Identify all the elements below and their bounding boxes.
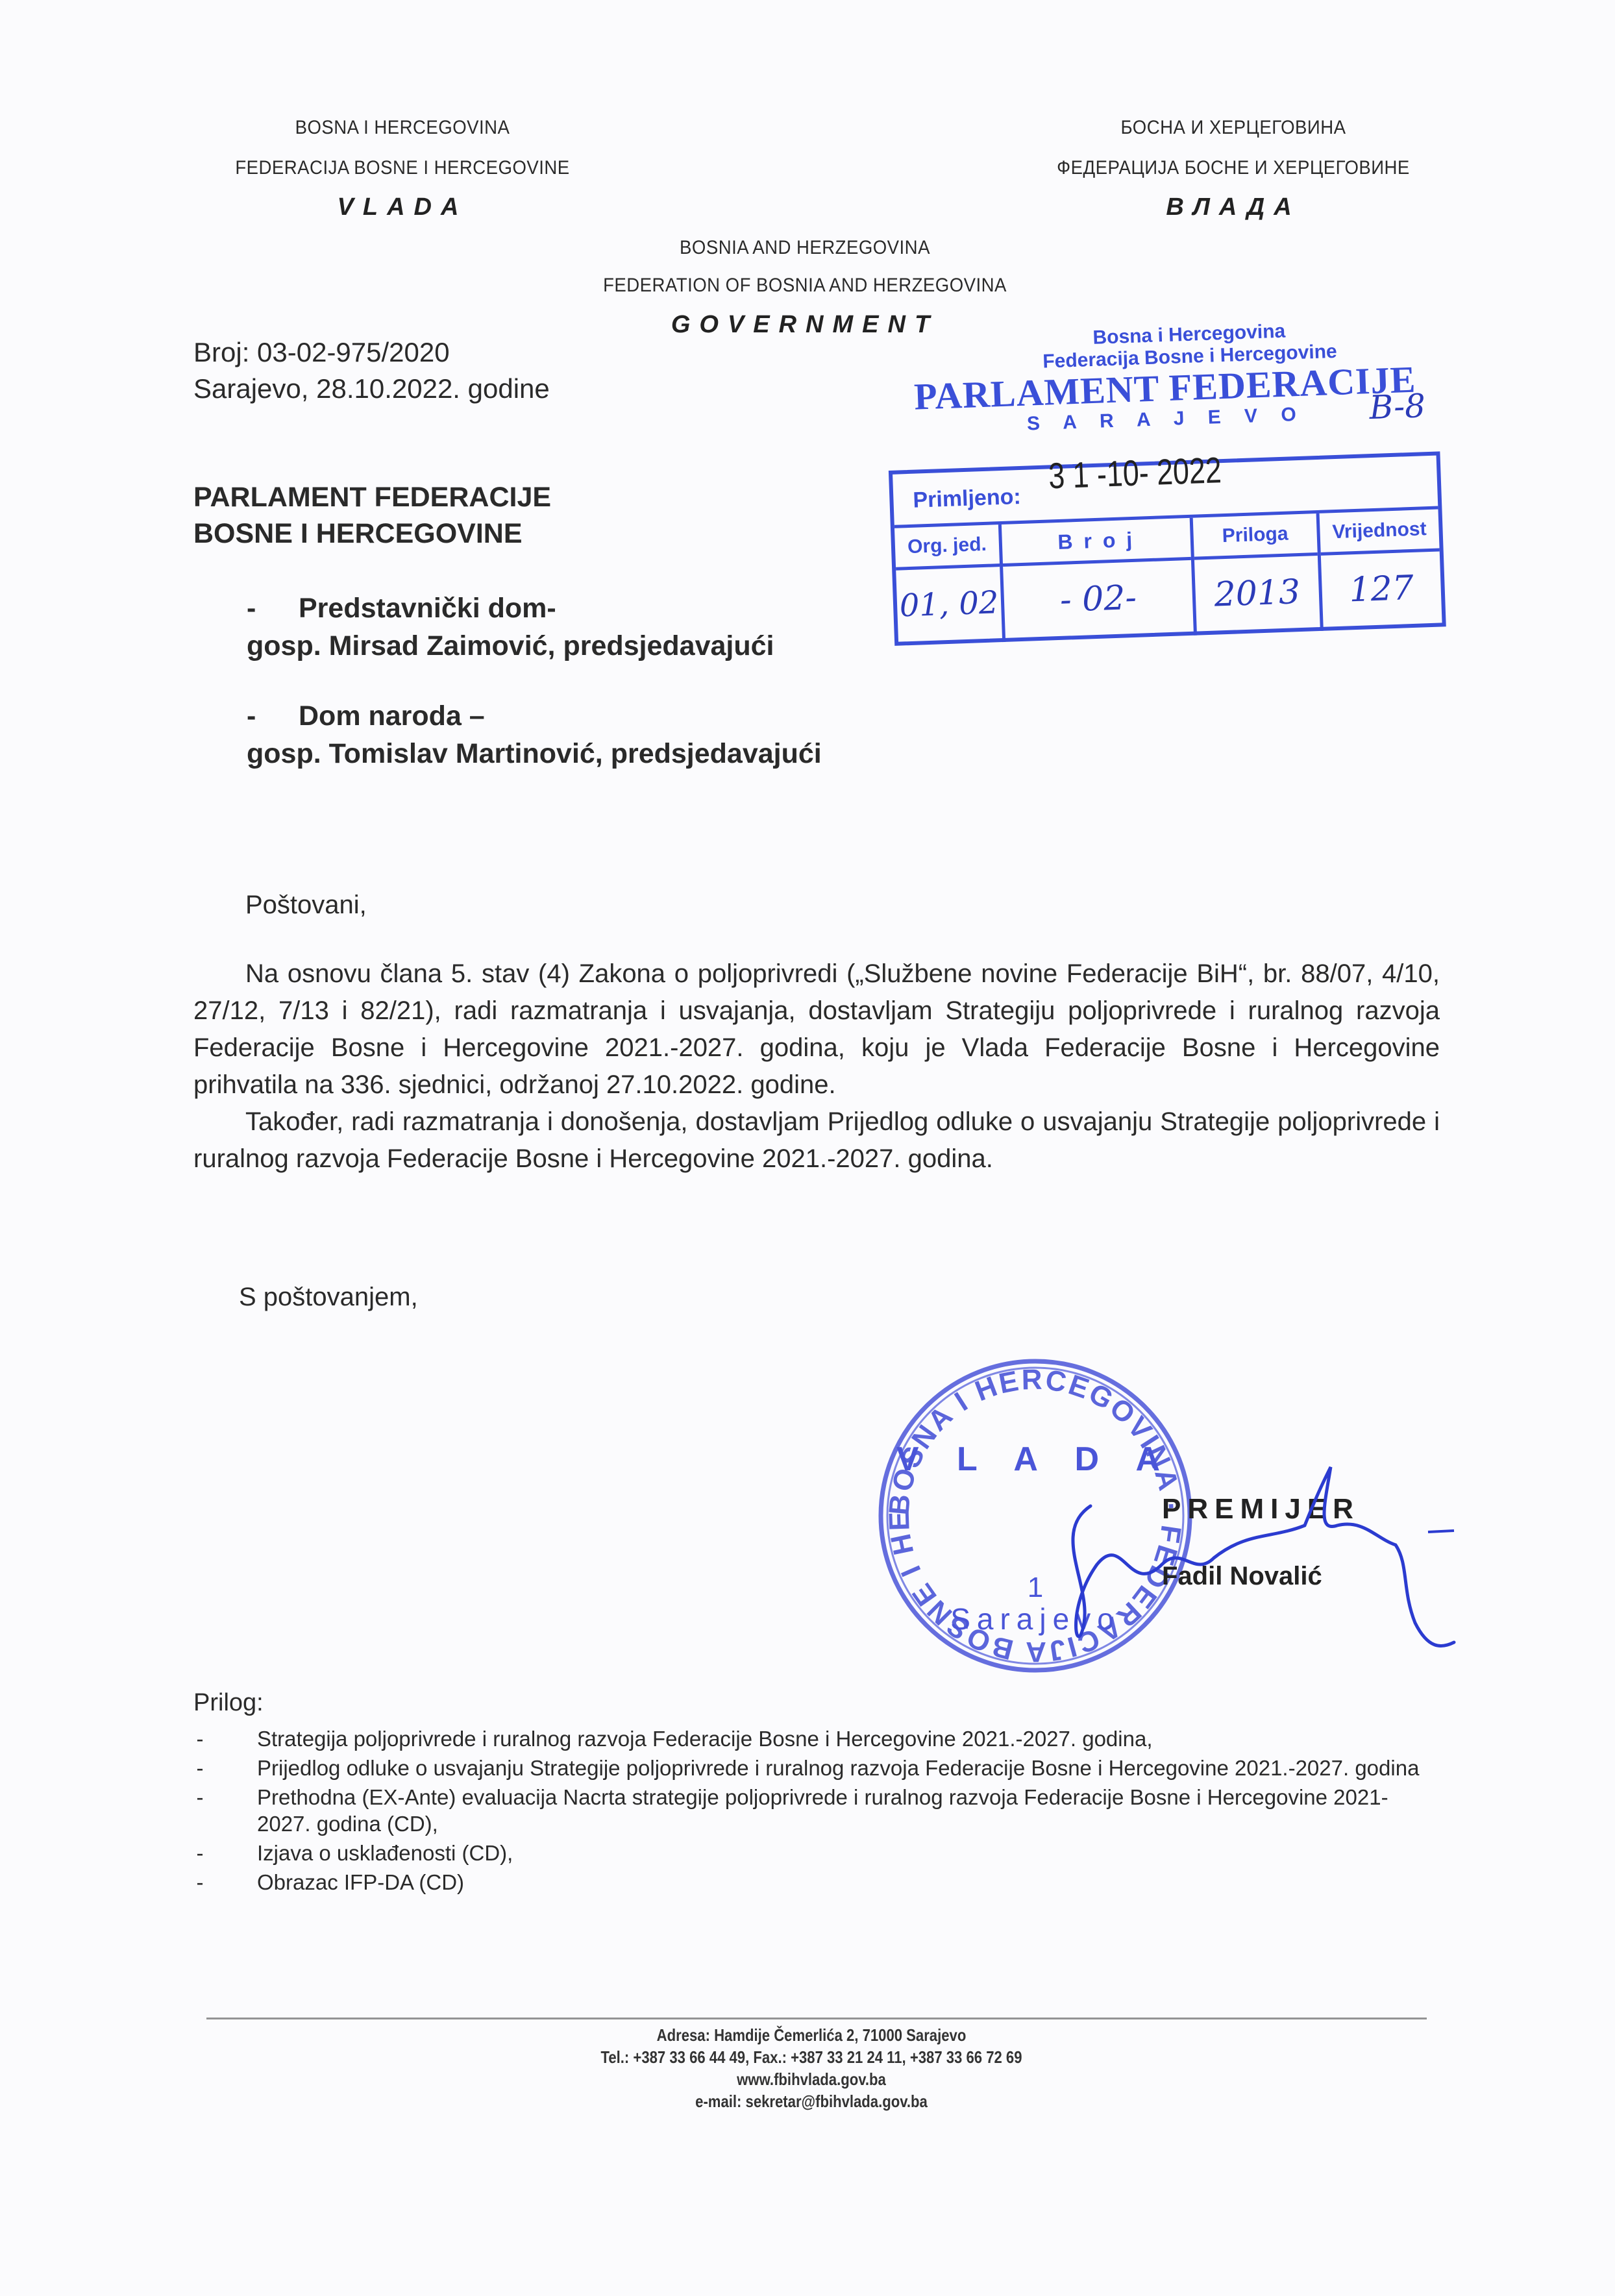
letterhead-center: BOSNIA AND HERZEGOVINA FEDERATION OF BOS… [571, 237, 1039, 339]
letterhead-center-federation: FEDERATION OF BOSNIA AND HERZEGOVINA [590, 275, 1020, 311]
bullet-dash: - [193, 1725, 206, 1752]
addressee-line1: PARLAMENT FEDERACIJE [193, 479, 551, 515]
footer-website[interactable]: www.fbihvlada.gov.ba [508, 2068, 1115, 2090]
attachment-text: Prethodna (EX-Ante) evaluacija Nacrta st… [257, 1785, 1388, 1836]
addressee: PARLAMENT FEDERACIJE BOSNE I HERCEGOVINE [193, 479, 551, 552]
footer-phones: Tel.: +387 33 66 44 49, Fax.: +387 33 21… [508, 2046, 1115, 2068]
stamp-handwritten-mark: B-8 [1369, 387, 1426, 426]
body-paragraph-2: Također, radi razmatranja i donošenja, d… [193, 1104, 1440, 1178]
recipient-1-house: Predstavnički dom- [299, 593, 556, 624]
attachment-text: Izjava o usklađenosti (CD), [257, 1841, 513, 1865]
attachments-label: Prilog: [193, 1686, 1427, 1719]
letterhead-left-country: BOSNA I HERCEGOVINA [212, 117, 594, 157]
stamp-table: Primljeno: 3 1 -10- 2022 Org. jed. 01, 0… [889, 451, 1446, 646]
handwritten-signature-icon [1013, 1454, 1467, 1675]
reference-place-date: Sarajevo, 28.10.2022. godine [193, 371, 550, 407]
footer-address: Adresa: Hamdije Čemerlića 2, 71000 Saraj… [508, 2024, 1115, 2046]
recipient-1: -Predstavnički dom- gosp. Mirsad Zaimovi… [247, 589, 774, 665]
closing: S poštovanjem, [239, 1279, 418, 1316]
salutation: Poštovani, [245, 887, 367, 924]
letterhead-left-government: VLADA [195, 193, 610, 221]
letterhead-right: БОСНА И ХЕРЦЕГОВИНА ФЕДЕРАЦИЈА БОСНЕ И Х… [1013, 117, 1454, 221]
attachments: Prilog: -Strategija poljoprivrede i rura… [193, 1686, 1427, 1898]
stamp-col-number: B r o j - 02- [1002, 518, 1197, 642]
letterhead-center-country: BOSNIA AND HERZEGOVINA [590, 237, 1020, 275]
stamp-received-date: 3 1 -10- 2022 [1048, 449, 1222, 497]
attachment-item: -Strategija poljoprivrede i ruralnog raz… [193, 1725, 1427, 1752]
attachments-list: -Strategija poljoprivrede i ruralnog raz… [193, 1725, 1427, 1895]
recipient-2-house: Dom naroda – [299, 700, 485, 732]
reference-block: Broj: 03-02-975/2020 Sarajevo, 28.10.202… [193, 334, 550, 407]
footer-divider [206, 2018, 1427, 2019]
letterhead-left: BOSNA I HERCEGOVINA FEDERACIJA BOSNE I H… [195, 117, 610, 221]
attachment-item: -Prijedlog odluke o usvajanju Strategije… [193, 1755, 1427, 1781]
attachment-text: Prijedlog odluke o usvajanju Strategije … [257, 1756, 1419, 1780]
recipient-1-person: gosp. Mirsad Zaimović, predsjedavajući [247, 627, 774, 665]
stamp-col-attachments: Priloga 2013 [1193, 513, 1324, 636]
recipient-2-person: gosp. Tomislav Martinović, predsjedavaju… [247, 735, 822, 772]
body-paragraph-1: Na osnovu člana 5. stav (4) Zakona o pol… [193, 956, 1440, 1104]
attachment-item: -Obrazac IFP-DA (CD) [193, 1869, 1427, 1895]
footer-email[interactable]: e-mail: sekretar@fbihvlada.gov.ba [508, 2090, 1115, 2112]
attachment-text: Obrazac IFP-DA (CD) [257, 1870, 464, 1894]
bullet-dash: - [193, 1869, 206, 1895]
letterhead-right-country: БОСНА И ХЕРЦЕГОВИНА [1030, 117, 1436, 157]
letterhead-left-federation: FEDERACIJA BOSNE I HERCEGOVINE [212, 157, 594, 193]
bullet-dash: - [193, 1755, 206, 1781]
stamp-col-value: Vrijednost 127 [1320, 510, 1442, 631]
stamp-received-label: Primljeno: [913, 484, 1022, 513]
footer: Adresa: Hamdije Čemerlića 2, 71000 Saraj… [508, 2024, 1115, 2112]
bullet-dash: - [193, 1784, 206, 1810]
letterhead-right-federation: ФЕДЕРАЦИЈА БОСНЕ И ХЕРЦЕГОВИНЕ [1030, 157, 1436, 193]
received-stamp: Bosna i Hercegovina Federacija Bosne i H… [878, 315, 1460, 659]
bullet-dash: - [193, 1840, 206, 1866]
stamp-columns: Org. jed. 01, 02 B r o j - 02- Priloga 2… [894, 510, 1442, 646]
letter-body: Na osnovu člana 5. stav (4) Zakona o pol… [193, 956, 1440, 1178]
addressee-line2: BOSNE I HERCEGOVINE [193, 515, 551, 552]
attachment-item: -Izjava o usklađenosti (CD), [193, 1840, 1427, 1866]
letterhead-right-government: ВЛАДА [1013, 193, 1454, 221]
stamp-col-org: Org. jed. 01, 02 [894, 525, 1005, 646]
recipient-2: -Dom naroda – gosp. Tomislav Martinović,… [247, 697, 822, 772]
attachment-item: -Prethodna (EX-Ante) evaluacija Nacrta s… [193, 1784, 1427, 1837]
reference-number: Broj: 03-02-975/2020 [193, 334, 550, 371]
attachment-text: Strategija poljoprivrede i ruralnog razv… [257, 1727, 1153, 1751]
